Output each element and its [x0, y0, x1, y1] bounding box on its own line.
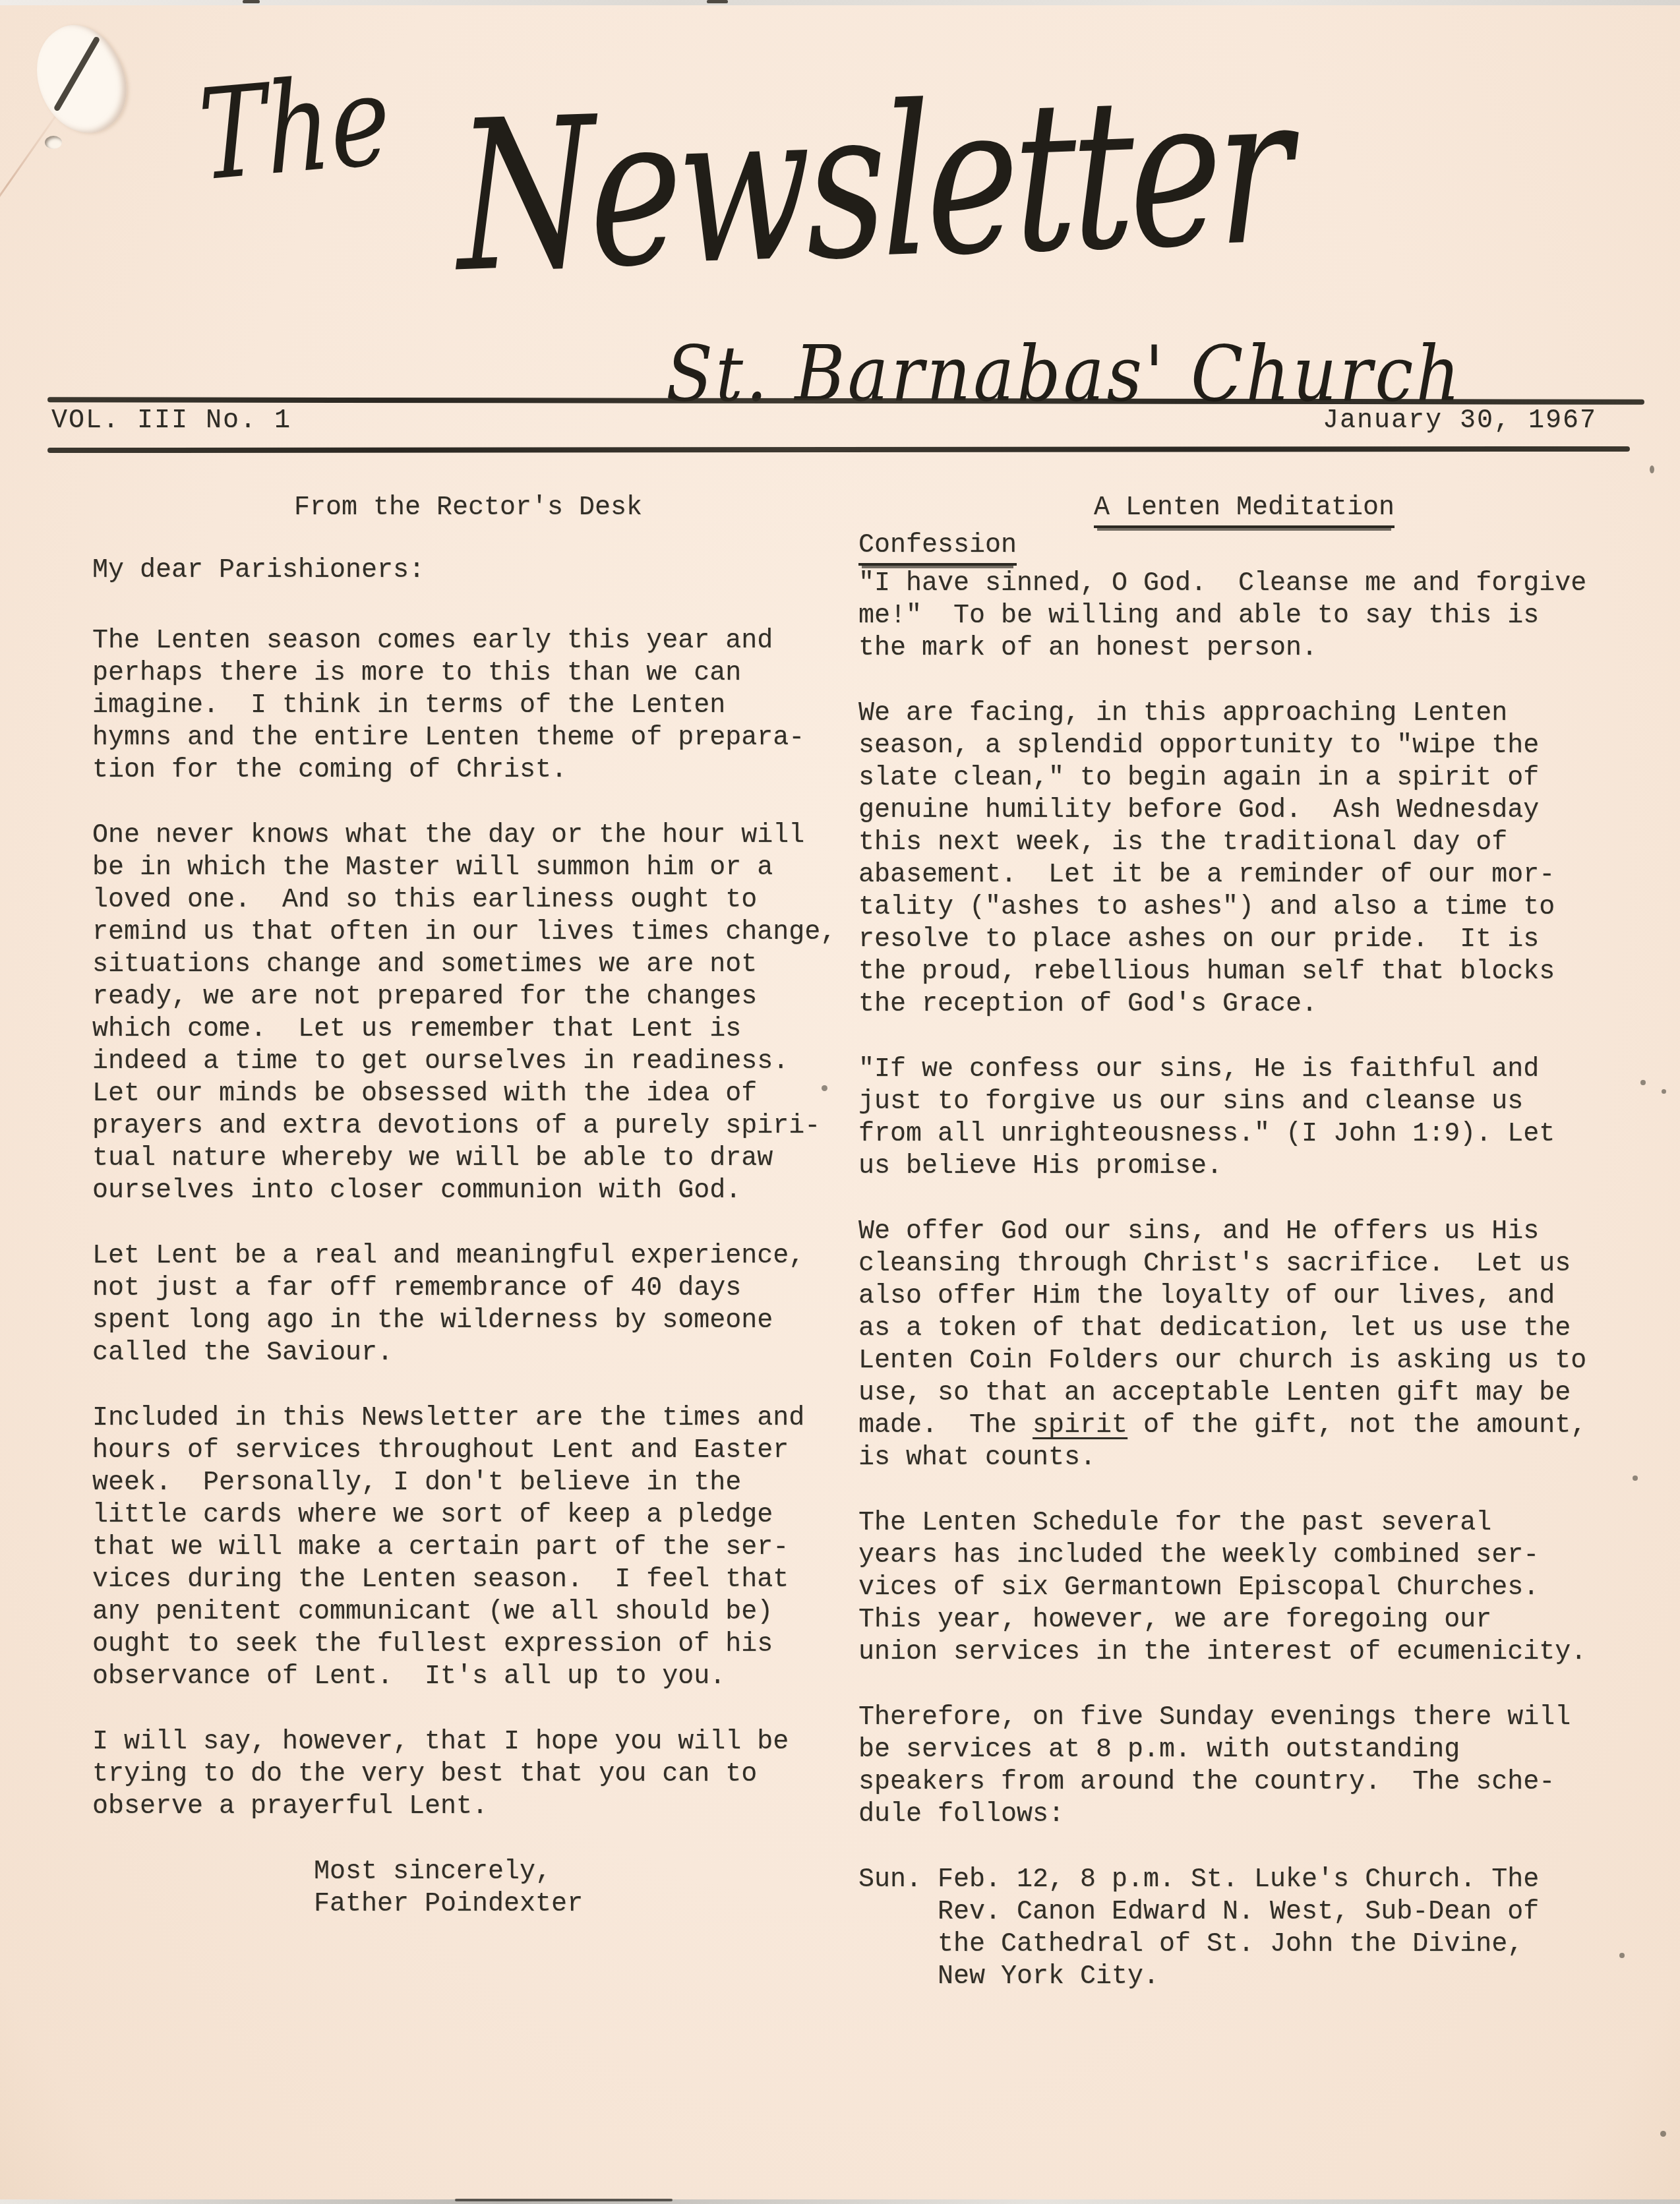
left-column-heading-row: From the Rector's Desk: [92, 492, 844, 524]
scan-edge-bottom: [0, 2199, 1680, 2204]
paper-crease: [0, 103, 65, 266]
confession-subheading-row: Confession: [858, 529, 1630, 566]
scan-edge-tick: [243, 0, 260, 3]
rectors-desk-heading: From the Rector's Desk: [294, 493, 642, 523]
lenten-meditation-heading: A Lenten Meditation: [1094, 492, 1395, 528]
newsletter-page: The Newsletter St. Barnabas' Church VOL.…: [0, 0, 1680, 2204]
spirit-paragraph: We offer God our sins, and He offers us …: [858, 1216, 1630, 1474]
scan-edge-tick: [707, 0, 728, 3]
scan-speck: [822, 1085, 827, 1091]
scan-speck: [1633, 1475, 1638, 1481]
salutation: My dear Parishioners:: [92, 554, 844, 587]
issue-date: January 30, 1967: [1323, 406, 1597, 436]
scan-speck: [1660, 2131, 1666, 2137]
paragraph: I will say, however, that I hope you wil…: [92, 1726, 844, 1823]
spirit-underlined-word: spirit: [1033, 1411, 1127, 1441]
right-column: A Lenten Meditation Confession "I have s…: [858, 492, 1630, 2026]
paragraph: Included in this Newsletter are the time…: [92, 1402, 844, 1693]
scan-speck: [1650, 465, 1654, 473]
volume-date-line: VOL. III No. 1 January 30, 1967: [51, 406, 1597, 436]
scan-bottom-line: [455, 2199, 673, 2201]
masthead-subtitle-church: St. Barnabas' Church: [666, 328, 1462, 419]
paragraph: The Lenten Schedule for the past several…: [858, 1507, 1630, 1669]
paragraph: "If we confess our sins, He is faithful …: [858, 1054, 1630, 1183]
paragraph: "I have sinned, O God. Cleanse me and fo…: [858, 568, 1630, 665]
scan-speck: [1662, 1089, 1666, 1094]
scan-speck: [1619, 1953, 1625, 1958]
masthead-title-the: The: [195, 47, 394, 209]
paragraph: One never knows what the day or the hour…: [92, 819, 844, 1207]
signature-block: Most sincerely, Father Poindexter: [92, 1856, 844, 1921]
spirit-text-before: We offer God our sins, and He offers us …: [858, 1217, 1586, 1441]
scan-speck: [1640, 1080, 1646, 1085]
masthead-title-newsletter: Newsletter: [455, 49, 1289, 319]
paper-tear: [16, 11, 147, 148]
paragraph: Therefore, on five Sunday evenings there…: [858, 1702, 1630, 1831]
paragraph: We are facing, in this approaching Lente…: [858, 698, 1630, 1021]
schedule-item: Sun. Feb. 12, 8 p.m. St. Luke's Church. …: [858, 1864, 1630, 1993]
volume-number: VOL. III No. 1: [51, 406, 291, 436]
masthead-rule-bottom: [47, 446, 1630, 453]
confession-subheading: Confession: [858, 529, 1017, 566]
left-column: From the Rector's Desk My dear Parishion…: [92, 492, 844, 1921]
paragraph: Let Lent be a real and meaningful experi…: [92, 1240, 844, 1369]
paragraph: The Lenten season comes early this year …: [92, 625, 844, 787]
staple-mark: [13, 7, 185, 244]
staple-hole: [45, 136, 62, 149]
right-column-heading-row: A Lenten Meditation: [858, 492, 1630, 528]
